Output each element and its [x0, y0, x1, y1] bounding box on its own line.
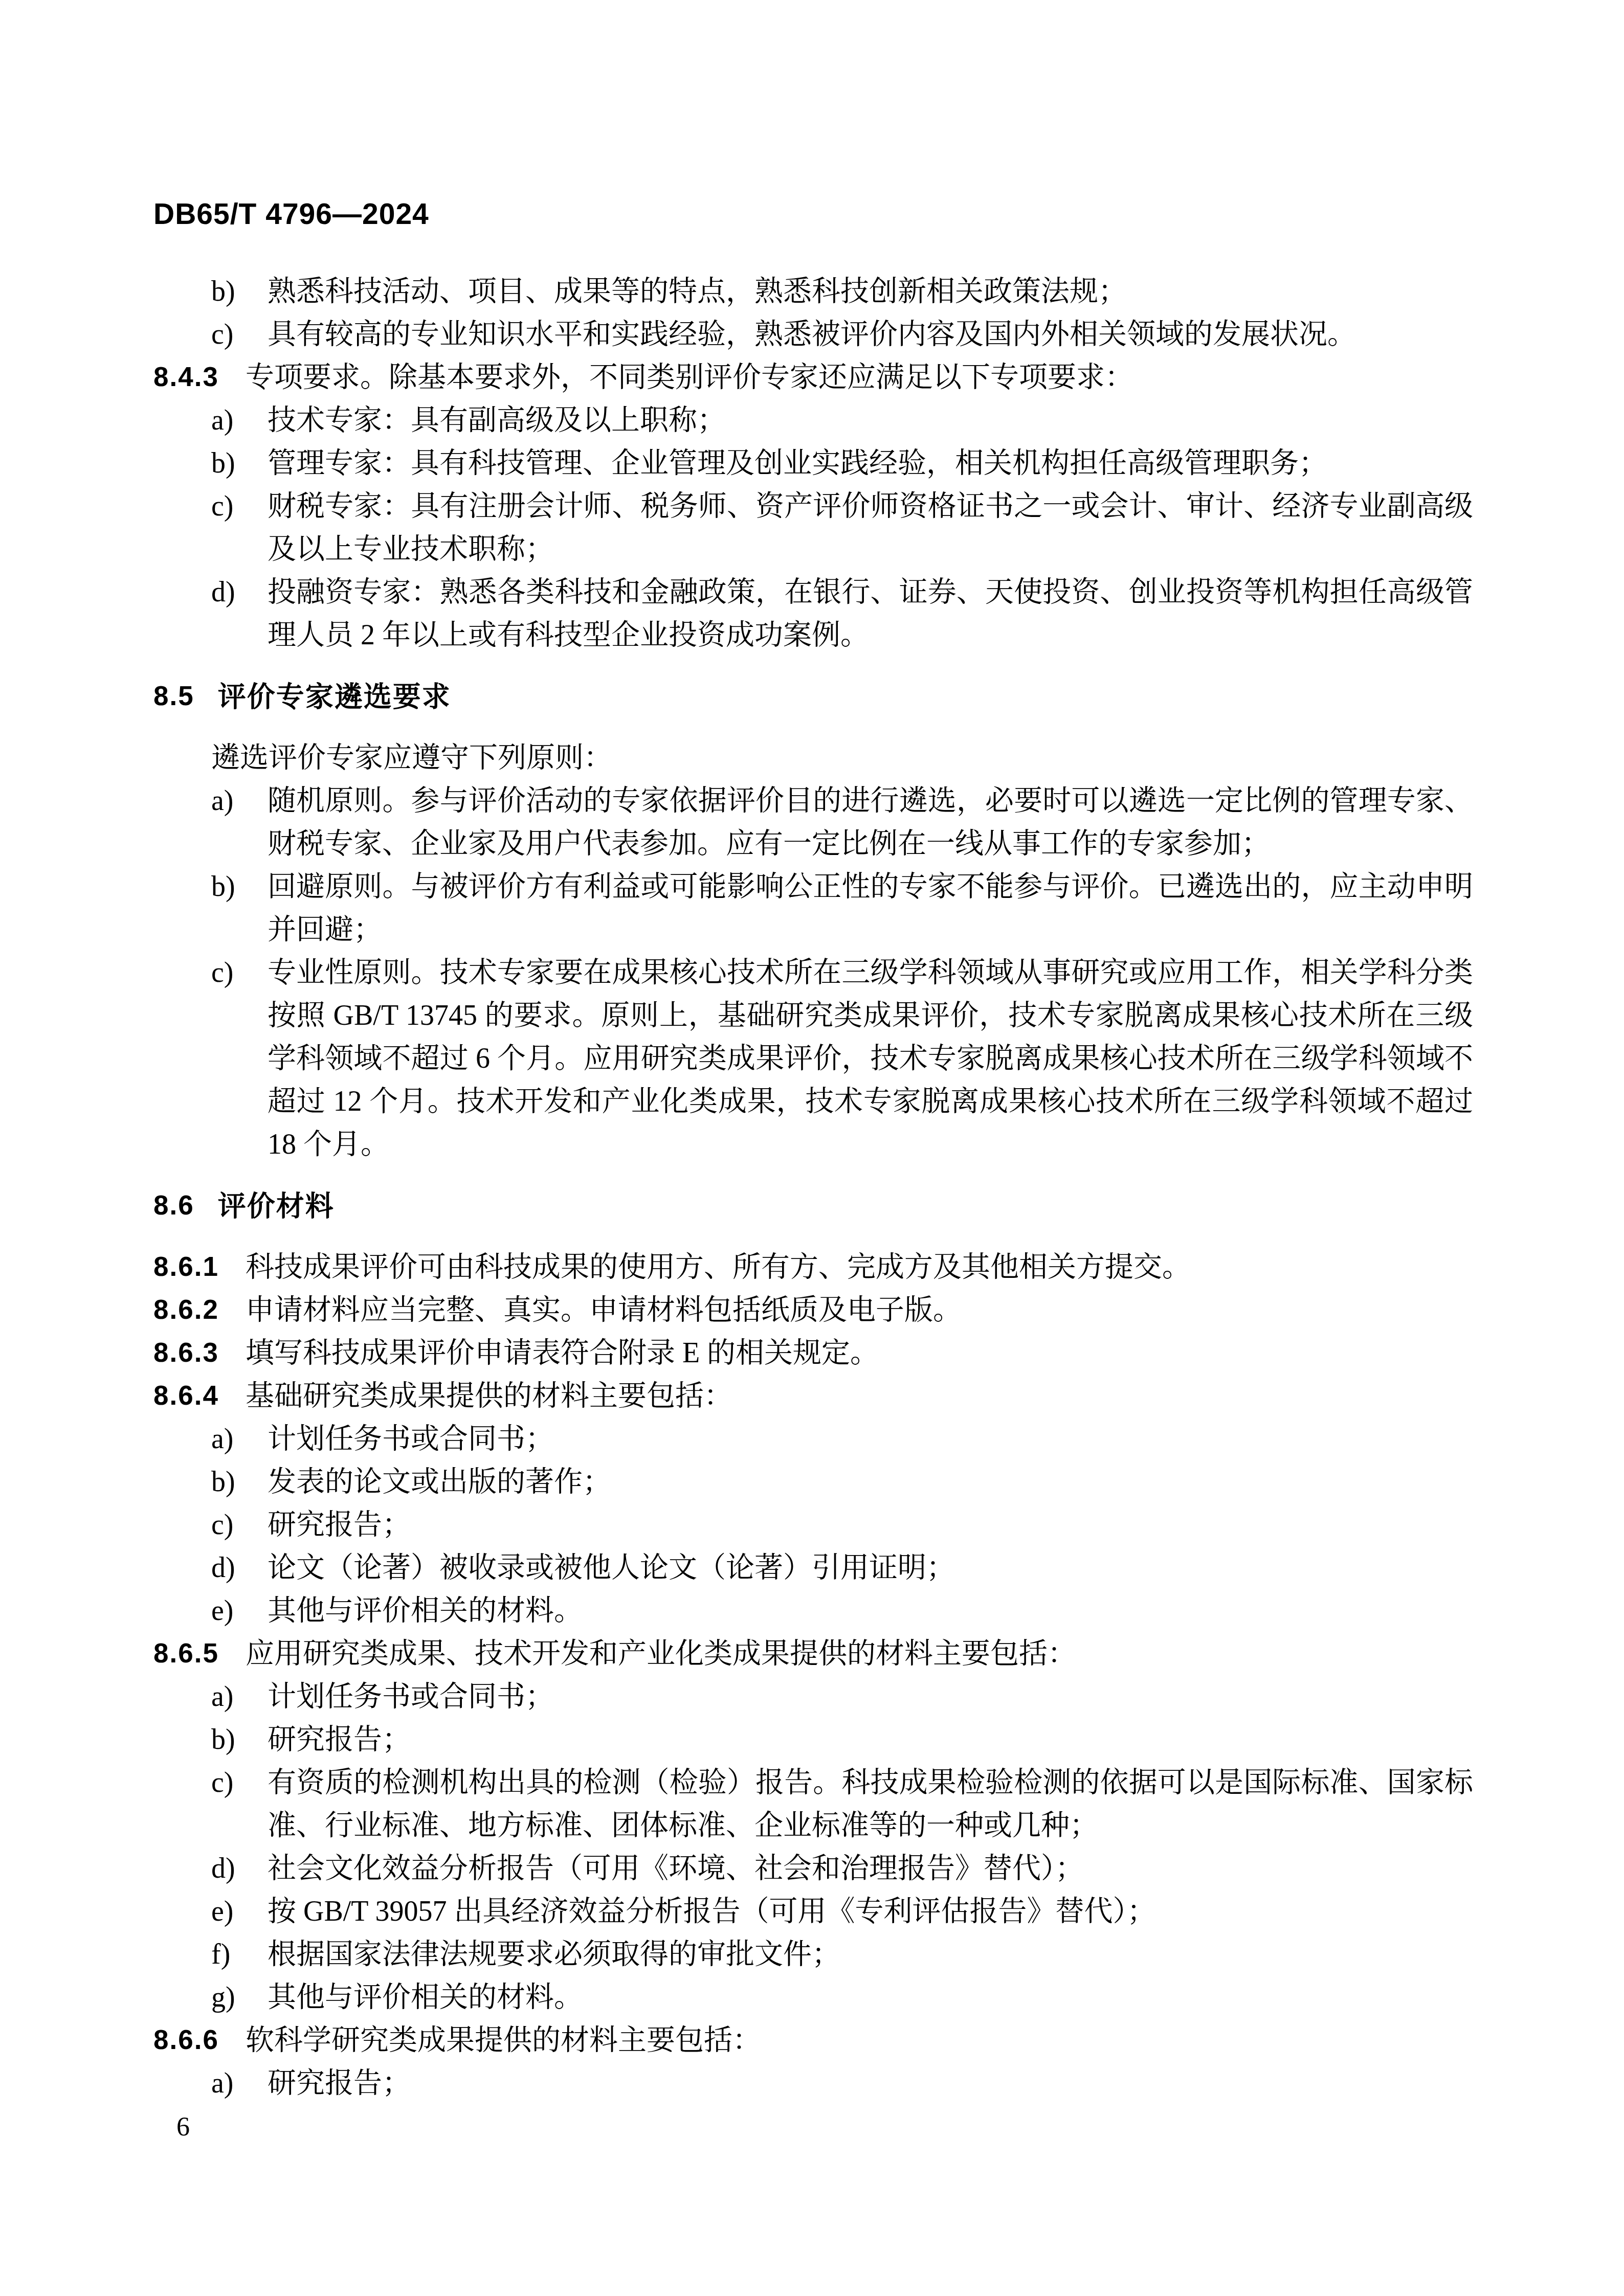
section-heading-number: 8.5 [153, 675, 194, 718]
list-item-label: c) [211, 951, 268, 1166]
clause-text: 应用研究类成果、技术开发和产业化类成果提供的材料主要包括： [246, 1632, 1473, 1675]
list-item-a: a)随机原则。参与评价活动的专家依据评价目的进行遴选，必要时可以遴选一定比例的管… [153, 779, 1473, 865]
list-item-b: b)发表的论文或出版的著作； [153, 1460, 1473, 1503]
list-item-text: 财税专家：具有注册会计师、税务师、资产评价师资格证书之一或会计、审计、经济专业副… [268, 485, 1473, 571]
list-item-e: e)其他与评价相关的材料。 [153, 1589, 1473, 1632]
list-item-text: 回避原则。与被评价方有利益或可能影响公正性的专家不能参与评价。已遴选出的，应主动… [268, 865, 1473, 951]
list-item-label: e) [211, 1890, 268, 1933]
clause-8.6.1: 8.6.1科技成果评价可由科技成果的使用方、所有方、完成方及其他相关方提交。 [153, 1246, 1473, 1289]
list-item-label: b) [211, 442, 268, 485]
list-item-label: c) [211, 1503, 268, 1546]
clause-text: 科技成果评价可由科技成果的使用方、所有方、完成方及其他相关方提交。 [246, 1246, 1473, 1289]
page-number: 6 [176, 2112, 190, 2142]
list-item-label: a) [211, 779, 268, 865]
list-item-text: 按 GB/T 39057 出具经济效益分析报告（可用《专利评估报告》替代）； [268, 1890, 1473, 1933]
list-item-label: d) [211, 1847, 268, 1890]
list-item-text: 研究报告； [268, 1718, 1473, 1761]
list-item-text: 研究报告； [268, 1503, 1473, 1546]
list-item-label: b) [211, 270, 268, 313]
list-item-a: a)计划任务书或合同书； [153, 1675, 1473, 1718]
list-item-b: b)研究报告； [153, 1718, 1473, 1761]
list-item-a: a)计划任务书或合同书； [153, 1417, 1473, 1460]
list-item-text: 专业性原则。技术专家要在成果核心技术所在三级学科领域从事研究或应用工作，相关学科… [268, 951, 1473, 1166]
list-item-f: f)根据国家法律法规要求必须取得的审批文件； [153, 1933, 1473, 1976]
clause-8.6.2: 8.6.2申请材料应当完整、真实。申请材料包括纸质及电子版。 [153, 1289, 1473, 1332]
clause-8.6.3: 8.6.3填写科技成果评价申请表符合附录 E 的相关规定。 [153, 1332, 1473, 1375]
list-item-label: c) [211, 1761, 268, 1847]
list-item-text: 论文（论著）被收录或被他人论文（论著）引用证明； [268, 1546, 1473, 1589]
list-item-label: d) [211, 571, 268, 657]
list-item-label: b) [211, 1460, 268, 1503]
document-page: DB65/T 4796—2024 b)熟悉科技活动、项目、成果等的特点，熟悉科技… [0, 0, 1624, 2296]
list-item-b: b)管理专家：具有科技管理、企业管理及创业实践经验，相关机构担任高级管理职务； [153, 442, 1473, 485]
clause-number: 8.4.3 [153, 356, 219, 399]
section-heading-8.6: 8.6评价材料 [153, 1184, 1473, 1227]
list-item-label: f) [211, 1933, 268, 1976]
list-item-e: e)按 GB/T 39057 出具经济效益分析报告（可用《专利评估报告》替代）； [153, 1890, 1473, 1933]
clause-text: 软科学研究类成果提供的材料主要包括： [246, 2019, 1473, 2062]
clause-number: 8.6.1 [153, 1246, 219, 1289]
clause-8.6.6: 8.6.6软科学研究类成果提供的材料主要包括： [153, 2019, 1473, 2062]
list-item-text: 根据国家法律法规要求必须取得的审批文件； [268, 1933, 1473, 1976]
clause-number: 8.6.3 [153, 1332, 219, 1375]
list-item-c: c)研究报告； [153, 1503, 1473, 1546]
document-content: b)熟悉科技活动、项目、成果等的特点，熟悉科技创新相关政策法规；c)具有较高的专… [153, 270, 1473, 2105]
clause-number: 8.6.5 [153, 1632, 219, 1675]
list-item-a: a)技术专家：具有副高级及以上职称； [153, 399, 1473, 442]
list-item-text: 熟悉科技活动、项目、成果等的特点，熟悉科技创新相关政策法规； [268, 270, 1473, 313]
list-item-text: 有资质的检测机构出具的检测（检验）报告。科技成果检验检测的依据可以是国际标准、国… [268, 1761, 1473, 1847]
list-item-label: c) [211, 485, 268, 571]
list-item-b: b)熟悉科技活动、项目、成果等的特点，熟悉科技创新相关政策法规； [153, 270, 1473, 313]
list-item-label: e) [211, 1589, 268, 1632]
clause-text: 填写科技成果评价申请表符合附录 E 的相关规定。 [246, 1332, 1473, 1375]
clause-8.4.3: 8.4.3专项要求。除基本要求外，不同类别评价专家还应满足以下专项要求： [153, 356, 1473, 399]
list-item-text: 计划任务书或合同书； [268, 1417, 1473, 1460]
list-item-text: 技术专家：具有副高级及以上职称； [268, 399, 1473, 442]
section-heading-number: 8.6 [153, 1184, 194, 1227]
list-item-text: 具有较高的专业知识水平和实践经验，熟悉被评价内容及国内外相关领域的发展状况。 [268, 313, 1473, 356]
list-item-d: d)论文（论著）被收录或被他人论文（论著）引用证明； [153, 1546, 1473, 1589]
paragraph: 遴选评价专家应遵守下列原则： [153, 736, 1473, 779]
list-item-label: a) [211, 1417, 268, 1460]
list-item-c: c)有资质的检测机构出具的检测（检验）报告。科技成果检验检测的依据可以是国际标准… [153, 1761, 1473, 1847]
clause-8.6.4: 8.6.4基础研究类成果提供的材料主要包括： [153, 1375, 1473, 1417]
clause-text: 基础研究类成果提供的材料主要包括： [246, 1375, 1473, 1417]
clause-number: 8.6.6 [153, 2019, 219, 2062]
list-item-text: 其他与评价相关的材料。 [268, 1976, 1473, 2019]
clause-number: 8.6.2 [153, 1289, 219, 1332]
list-item-label: a) [211, 1675, 268, 1718]
clause-text: 申请材料应当完整、真实。申请材料包括纸质及电子版。 [246, 1289, 1473, 1332]
list-item-text: 发表的论文或出版的著作； [268, 1460, 1473, 1503]
list-item-b: b)回避原则。与被评价方有利益或可能影响公正性的专家不能参与评价。已遴选出的，应… [153, 865, 1473, 951]
clause-text: 专项要求。除基本要求外，不同类别评价专家还应满足以下专项要求： [246, 356, 1473, 399]
list-item-c: c)财税专家：具有注册会计师、税务师、资产评价师资格证书之一或会计、审计、经济专… [153, 485, 1473, 571]
list-item-label: g) [211, 1976, 268, 2019]
list-item-d: d)投融资专家：熟悉各类科技和金融政策，在银行、证券、天使投资、创业投资等机构担… [153, 571, 1473, 657]
clause-8.6.5: 8.6.5应用研究类成果、技术开发和产业化类成果提供的材料主要包括： [153, 1632, 1473, 1675]
list-item-label: c) [211, 313, 268, 356]
list-item-label: a) [211, 2062, 268, 2105]
section-heading-title: 评价材料 [218, 1184, 335, 1227]
list-item-text: 计划任务书或合同书； [268, 1675, 1473, 1718]
list-item-text: 社会文化效益分析报告（可用《环境、社会和治理报告》替代）； [268, 1847, 1473, 1890]
list-item-a: a)研究报告； [153, 2062, 1473, 2105]
list-item-text: 其他与评价相关的材料。 [268, 1589, 1473, 1632]
list-item-g: g)其他与评价相关的材料。 [153, 1976, 1473, 2019]
list-item-text: 投融资专家：熟悉各类科技和金融政策，在银行、证券、天使投资、创业投资等机构担任高… [268, 571, 1473, 657]
list-item-label: d) [211, 1546, 268, 1589]
list-item-label: a) [211, 399, 268, 442]
list-item-text: 随机原则。参与评价活动的专家依据评价目的进行遴选，必要时可以遴选一定比例的管理专… [268, 779, 1473, 865]
standard-number-header: DB65/T 4796—2024 [153, 197, 429, 231]
list-item-c: c)专业性原则。技术专家要在成果核心技术所在三级学科领域从事研究或应用工作，相关… [153, 951, 1473, 1166]
clause-number: 8.6.4 [153, 1375, 219, 1417]
list-item-d: d)社会文化效益分析报告（可用《环境、社会和治理报告》替代）； [153, 1847, 1473, 1890]
list-item-c: c)具有较高的专业知识水平和实践经验，熟悉被评价内容及国内外相关领域的发展状况。 [153, 313, 1473, 356]
list-item-label: b) [211, 1718, 268, 1761]
section-heading-8.5: 8.5评价专家遴选要求 [153, 675, 1473, 718]
list-item-text: 研究报告； [268, 2062, 1473, 2105]
list-item-label: b) [211, 865, 268, 951]
section-heading-title: 评价专家遴选要求 [218, 675, 451, 718]
list-item-text: 管理专家：具有科技管理、企业管理及创业实践经验，相关机构担任高级管理职务； [268, 442, 1473, 485]
